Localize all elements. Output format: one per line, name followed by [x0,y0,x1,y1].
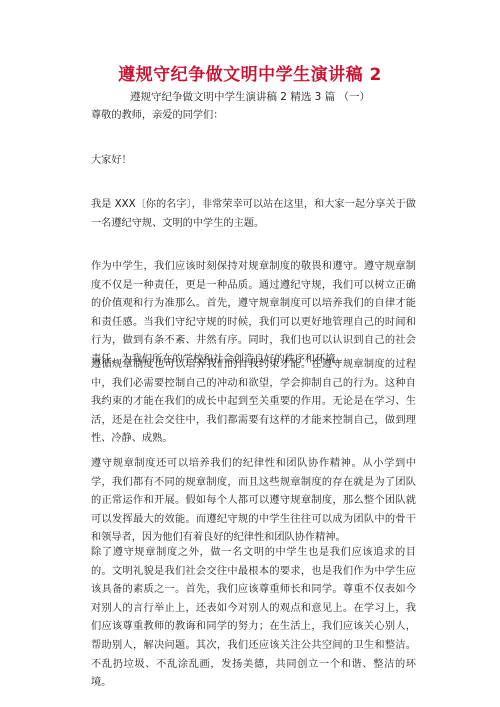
paragraph-1: 作为中学生，我们应该时刻保持对规章制度的敬畏和遵守。遵守规章制度不仅是一种责任，… [91,258,416,370]
paragraph-intro: 我是 XXX〔你的名字〕，非常荣幸可以站在这里，和大家一起分享关于做一名遵纪守规… [91,196,416,233]
greeting: 大家好！ [91,152,416,171]
paragraph-2: 遵循规章制度也可以培养我们的自我约束才能。在遵守规章制度的过程中，我们必需要控制… [91,356,416,449]
salutation: 尊敬的教师，亲爱的同学们： [91,107,416,126]
paragraph-4: 除了遵守规章制度之外，做一名文明的中学生也是我们应该追求的目的。文明礼貌是我们社… [91,544,416,693]
paragraph-3: 遵守规章制度还可以培养我们的纪律性和团队协作精神。从小学到中学，我们都有不同的规… [91,455,416,548]
document-title: 遵规守纪争做文明中学生演讲稿 2 [0,60,500,85]
document-subtitle: 遵规守纪争做文明中学生演讲稿 2 精选 3 篇 （一） [0,89,500,104]
